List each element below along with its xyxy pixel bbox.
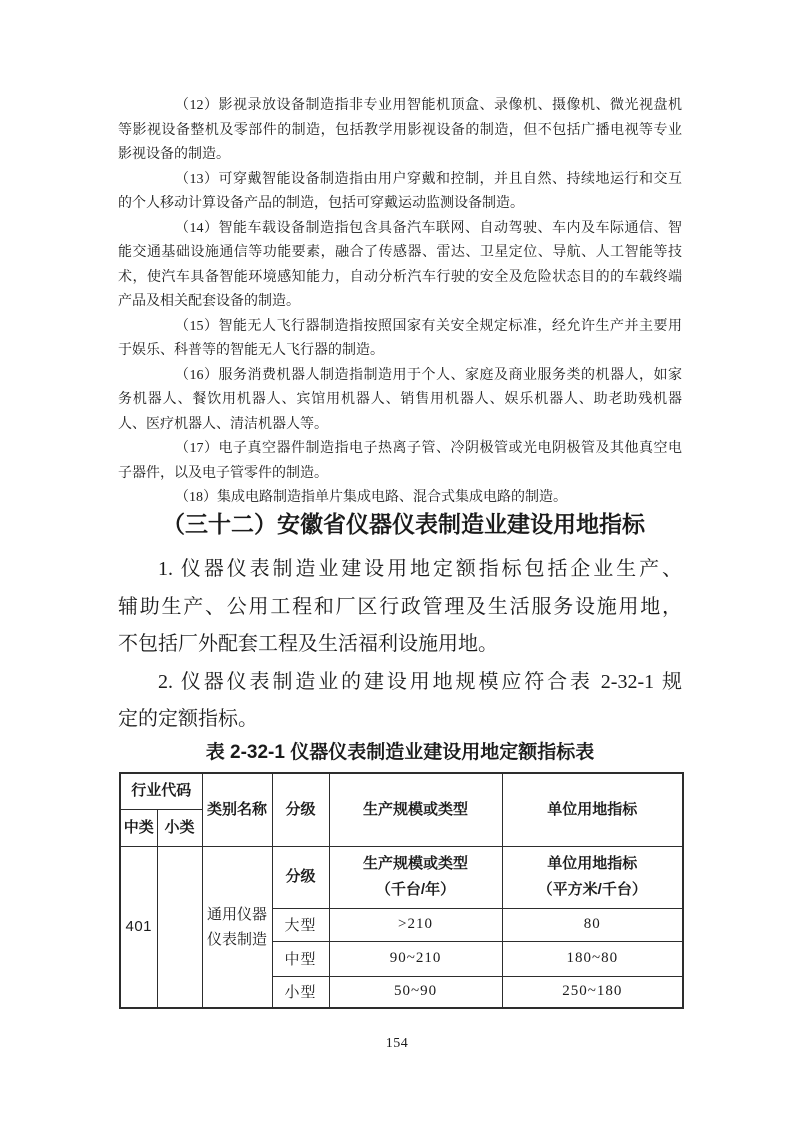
text-line: （13）可穿戴智能设备制造指由用户穿戴和控制，并且自然、持续地运行和交互 — [118, 168, 682, 193]
header-cell-mid-class: 中类 — [120, 809, 157, 846]
subheader-scale-line1: 生产规模或类型 — [332, 851, 500, 877]
cell-grade: 中型 — [272, 941, 329, 976]
header-cell-scale-type: 生产规模或类型 — [329, 773, 502, 846]
header-cell-sub-class: 小类 — [157, 809, 202, 846]
cell-grade: 小型 — [272, 976, 329, 1008]
cell-scale: 90~210 — [329, 941, 502, 976]
text-line: （12）影视录放设备制造指非专业用智能机顶盒、录像机、摄像机、微光视盘机 — [118, 94, 682, 119]
text-line: 影视设备的制造。 — [118, 143, 682, 168]
text-line: 产品及相关配套设备的制造。 — [118, 290, 682, 315]
header-cell-industry-code: 行业代码 — [120, 773, 202, 809]
document-page: （12）影视录放设备制造指非专业用智能机顶盒、录像机、摄像机、微光视盘机 等影视… — [0, 0, 794, 1122]
cell-index: 180~80 — [502, 941, 683, 976]
text-line: （16）服务消费机器人制造指制造用于个人、家庭及商业服务类的机器人，如家 — [118, 364, 682, 389]
annotation-17: （17）电子真空器件制造指电子热离子管、冷阴极管或光电阴极管及其他真空电 子器件… — [118, 437, 682, 486]
table-subheader-row: 401 通用仪器仪表制造 分级 生产规模或类型 （千台/年） 单位用地指标 （平… — [120, 846, 683, 908]
header-cell-grade: 分级 — [272, 773, 329, 846]
text-line: 等影视设备整机及零部件的制造，包括教学用影视设备的制造，但不包括广播电视等专业 — [118, 119, 682, 144]
annotation-15: （15）智能无人飞行器制造指按照国家有关安全规定标准，经允许生产并主要用 于娱乐… — [118, 315, 682, 364]
subheader-scale-line2: （千台/年） — [332, 877, 500, 903]
subheader-grade: 分级 — [272, 846, 329, 908]
cell-category-value: 通用仪器仪表制造 — [202, 846, 272, 1008]
text-line: 能交通基础设施通信等功能要素，融合了传感器、雷达、卫星定位、导航、人工智能等技 — [118, 241, 682, 266]
cell-industry-code-value: 401 — [120, 846, 157, 1008]
text-line: （15）智能无人飞行器制造指按照国家有关安全规定标准，经允许生产并主要用 — [118, 315, 682, 340]
text-line: 于娱乐、科普等的智能无人飞行器的制造。 — [118, 339, 682, 364]
body-paragraph-1: 1. 仪器仪表制造业建设用地定额指标包括企业生产、 辅助生产、公用工程和厂区行政… — [118, 551, 682, 664]
text-line: 不包括厂外配套工程及生活福利设施用地。 — [118, 626, 682, 664]
text-line: 辅助生产、公用工程和厂区行政管理及生活服务设施用地， — [118, 589, 682, 627]
text-line: 子器件，以及电子管零件的制造。 — [118, 462, 682, 487]
text-line: 术，使汽车具备智能环境感知能力，自动分析汽车行驶的安全及危险状态目的的车载终端 — [118, 266, 682, 291]
annotation-13: （13）可穿戴智能设备制造指由用户穿戴和控制，并且自然、持续地运行和交互 的个人… — [118, 168, 682, 217]
land-quota-table: 行业代码 类别名称 分级 生产规模或类型 单位用地指标 中类 小类 401 通用… — [119, 772, 684, 1009]
page-number: 154 — [0, 1036, 794, 1052]
text-line: 1. 仪器仪表制造业建设用地定额指标包括企业生产、 — [118, 551, 682, 589]
text-line: 人、医疗机器人、清洁机器人等。 — [118, 413, 682, 438]
text-line: （14）智能车载设备制造指包含具备汽车联网、自动驾驶、车内及车际通信、智 — [118, 217, 682, 242]
section-heading: （三十二）安徽省仪器仪表制造业建设用地指标 — [118, 506, 682, 542]
header-cell-category-name: 类别名称 — [202, 773, 272, 846]
subheader-index: 单位用地指标 （平方米/千台） — [502, 846, 683, 908]
text-line: 定的定额指标。 — [118, 701, 682, 739]
text-line: 2. 仪器仪表制造业的建设用地规模应符合表 2-32-1 规 — [118, 664, 682, 702]
text-line: 务机器人、餐饮用机器人、宾馆用机器人、销售用机器人、娱乐机器人、助老助残机器 — [118, 388, 682, 413]
table-header-row-1: 行业代码 类别名称 分级 生产规模或类型 单位用地指标 — [120, 773, 683, 809]
cell-index: 250~180 — [502, 976, 683, 1008]
body-paragraphs: 1. 仪器仪表制造业建设用地定额指标包括企业生产、 辅助生产、公用工程和厂区行政… — [118, 551, 682, 739]
subheader-scale: 生产规模或类型 （千台/年） — [329, 846, 502, 908]
header-cell-land-index: 单位用地指标 — [502, 773, 683, 846]
subheader-index-line2: （平方米/千台） — [505, 877, 681, 903]
cell-scale: >210 — [329, 908, 502, 941]
body-paragraph-2: 2. 仪器仪表制造业的建设用地规模应符合表 2-32-1 规 定的定额指标。 — [118, 664, 682, 739]
cell-grade: 大型 — [272, 908, 329, 941]
text-line: 的个人移动计算设备产品的制造，包括可穿戴运动监测设备制造。 — [118, 192, 682, 217]
subheader-index-line1: 单位用地指标 — [505, 851, 681, 877]
cell-index: 80 — [502, 908, 683, 941]
table-caption: 表 2-32-1 仪器仪表制造业建设用地定额指标表 — [118, 740, 682, 766]
annotation-list: （12）影视录放设备制造指非专业用智能机顶盒、录像机、摄像机、微光视盘机 等影视… — [118, 94, 682, 511]
cell-sub-class-value — [157, 846, 202, 1008]
annotation-16: （16）服务消费机器人制造指制造用于个人、家庭及商业服务类的机器人，如家 务机器… — [118, 364, 682, 438]
text-line: （17）电子真空器件制造指电子热离子管、冷阴极管或光电阴极管及其他真空电 — [118, 437, 682, 462]
cell-scale: 50~90 — [329, 976, 502, 1008]
annotation-12: （12）影视录放设备制造指非专业用智能机顶盒、录像机、摄像机、微光视盘机 等影视… — [118, 94, 682, 168]
annotation-14: （14）智能车载设备制造指包含具备汽车联网、自动驾驶、车内及车际通信、智 能交通… — [118, 217, 682, 315]
